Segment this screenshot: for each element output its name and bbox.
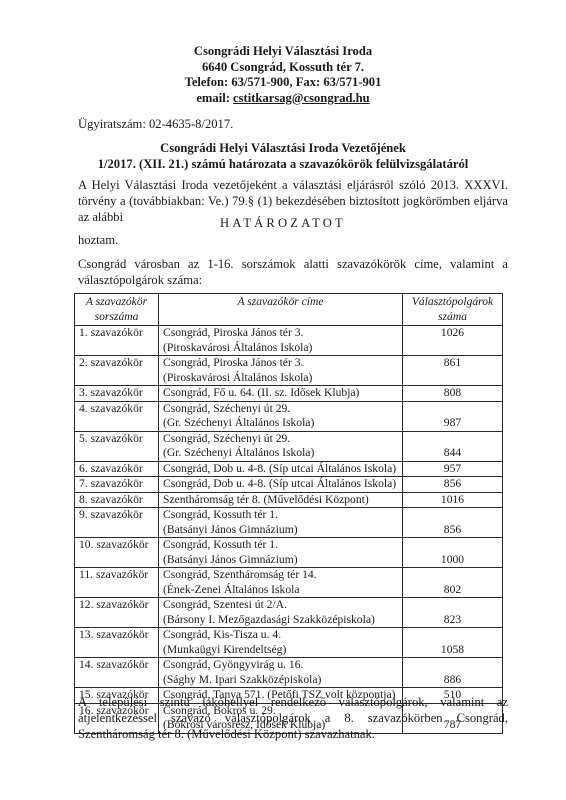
precinct-number: 7. szavazókör (75, 477, 159, 493)
table-header-row: A szavazókör sorszáma A szavazókör címe … (75, 294, 503, 326)
precinct-number: 10. szavazókör (75, 538, 159, 568)
table-row: 2. szavazókörCsongrád, Piroska János tér… (75, 356, 503, 386)
precinct-address: Csongrád, Kis-Tisza u. 4.(Munkaügyi Kire… (159, 628, 403, 658)
address-line: Csongrád, Széchenyi út 29. (163, 432, 398, 447)
precinct-number: 1. szavazókör (75, 326, 159, 356)
building-line: (Batsányi János Gimnázium) (163, 523, 398, 538)
building-line: (Ének-Zenei Általános Iskola (163, 583, 398, 598)
building-line: (Piroskavárosi Általános Iskola) (163, 371, 398, 386)
voter-count: 886 (403, 658, 503, 688)
precinct-number: 12. szavazókör (75, 598, 159, 628)
header-precinct: A szavazókör sorszáma (75, 294, 159, 326)
precinct-address: Csongrád, Széchenyi út 29.(Gr. Széchenyi… (159, 431, 403, 461)
precinct-address: Szentháromság tér 8. (Művelődési Központ… (159, 492, 403, 508)
precinct-address: Csongrád, Szentesi út 2/A.(Bársony I. Me… (159, 598, 403, 628)
closing-paragraph: A települési szintű lakóhellyel rendelke… (78, 694, 508, 742)
office-address: 6640 Csongrád, Kossuth tér 7. (0, 60, 566, 76)
office-name: Csongrádi Helyi Választási Iroda (0, 44, 566, 60)
address-line: Csongrád, Piroska János tér 3. (163, 356, 398, 371)
office-email: email: cstitkarsag@csongrad.hu (0, 91, 566, 107)
precinct-number: 9. szavazókör (75, 508, 159, 538)
address-line: Csongrád, Kis-Tisza u. 4. (163, 628, 398, 643)
building-line: (Bársony I. Mezőgazdasági Szakközépiskol… (163, 613, 398, 628)
precinct-address: Csongrád, Piroska János tér 3.(Piroskavá… (159, 356, 403, 386)
office-phone-fax: Telefon: 63/571-900, Fax: 63/571-901 (0, 75, 566, 91)
email-label: email: (196, 91, 233, 105)
precinct-number: 2. szavazókör (75, 356, 159, 386)
table-row: 7. szavazókörCsongrád, Dob u. 4-8. (Síp … (75, 477, 503, 493)
list-intro: Csongrád városban az 1-16. sorszámok ala… (78, 256, 508, 288)
table-row: 3. szavazókörCsongrád, Fő u. 64. (II. sz… (75, 386, 503, 402)
voter-count: 823 (403, 598, 503, 628)
precinct-address: Csongrád, Gyöngyvirág u. 16.(Sághy M. Ip… (159, 658, 403, 688)
precinct-number: 11. szavazókör (75, 568, 159, 598)
voter-count: 1058 (403, 628, 503, 658)
precinct-address: Csongrád, Kossuth tér 1.(Batsányi János … (159, 508, 403, 538)
table-row: 12. szavazókörCsongrád, Szentesi út 2/A.… (75, 598, 503, 628)
table-row: 9. szavazókörCsongrád, Kossuth tér 1.(Ba… (75, 508, 503, 538)
table-row: 6. szavazókörCsongrád, Dob u. 4-8. (Síp … (75, 461, 503, 477)
building-line: (Munkaügyi Kirendeltség) (163, 643, 398, 658)
address-line: Csongrád, Gyöngyvirág u. 16. (163, 658, 398, 673)
address-line: Szentháromság tér 8. (Művelődési Központ… (163, 493, 398, 508)
precinct-address: Csongrád, Szentháromság tér 14.(Ének-Zen… (159, 568, 403, 598)
table-row: 14. szavazókörCsongrád, Gyöngyvirág u. 1… (75, 658, 503, 688)
voter-count: 957 (403, 461, 503, 477)
decision-verb: hoztam. (78, 233, 118, 248)
document-title: Csongrádi Helyi Választási Iroda Vezetőj… (0, 140, 566, 172)
case-number: Ügyiratszám: 02-4635-8/2017. (78, 117, 233, 132)
building-line: (Gr. Széchenyi Általános Iskola) (163, 416, 398, 431)
voter-count: 802 (403, 568, 503, 598)
table-row: 5. szavazókörCsongrád, Széchenyi út 29.(… (75, 431, 503, 461)
decision-heading: HATÁROZATOT (0, 216, 566, 231)
header-address: A szavazókör címe (159, 294, 403, 326)
address-line: Csongrád, Kossuth tér 1. (163, 508, 398, 523)
building-line: (Gr. Széchenyi Általános Iskola) (163, 446, 398, 461)
title-line-1: Csongrádi Helyi Választási Iroda Vezetőj… (0, 140, 566, 156)
building-line: (Sághy M. Ipari Szakközépiskola) (163, 673, 398, 688)
precincts-table: A szavazókör sorszáma A szavazókör címe … (74, 293, 503, 734)
precinct-address: Csongrád, Fő u. 64. (II. sz. Idősek Klub… (159, 386, 403, 402)
letterhead: Csongrádi Helyi Választási Iroda 6640 Cs… (0, 44, 566, 106)
precinct-number: 8. szavazókör (75, 492, 159, 508)
address-line: Csongrád, Dob u. 4-8. (Síp utcai Általán… (163, 477, 398, 492)
voter-count: 1026 (403, 326, 503, 356)
precinct-address: Csongrád, Kossuth tér 1.(Batsányi János … (159, 538, 403, 568)
address-line: Csongrád, Dob u. 4-8. (Síp utcai Általán… (163, 462, 398, 477)
voter-count: 808 (403, 386, 503, 402)
precinct-number: 5. szavazókör (75, 431, 159, 461)
header-voters: Választópolgárok száma (403, 294, 503, 326)
precinct-number: 6. szavazókör (75, 461, 159, 477)
table-row: 4. szavazókörCsongrád, Széchenyi út 29.(… (75, 401, 503, 431)
voter-count: 844 (403, 431, 503, 461)
building-line: (Piroskavárosi Általános Iskola) (163, 341, 398, 356)
address-line: Csongrád, Fő u. 64. (II. sz. Idősek Klub… (163, 386, 398, 401)
precinct-address: Csongrád, Dob u. 4-8. (Síp utcai Általán… (159, 477, 403, 493)
address-line: Csongrád, Széchenyi út 29. (163, 402, 398, 417)
list-intro-line-2: választópolgárok száma: (78, 273, 202, 287)
precinct-address: Csongrád, Piroska János tér 3.(Piroskavá… (159, 326, 403, 356)
address-line: Csongrád, Szentháromság tér 14. (163, 568, 398, 583)
list-intro-line-1: Csongrád városban az 1-16. sorszámok ala… (78, 256, 508, 272)
voter-count: 861 (403, 356, 503, 386)
precinct-number: 3. szavazókör (75, 386, 159, 402)
voter-count: 856 (403, 477, 503, 493)
building-line: (Batsányi János Gimnázium) (163, 553, 398, 568)
address-line: Csongrád, Kossuth tér 1. (163, 538, 398, 553)
voter-count: 987 (403, 401, 503, 431)
table-row: 8. szavazókörSzentháromság tér 8. (Művel… (75, 492, 503, 508)
table-row: 1. szavazókörCsongrád, Piroska János tér… (75, 326, 503, 356)
table-row: 10. szavazókörCsongrád, Kossuth tér 1.(B… (75, 538, 503, 568)
address-line: Csongrád, Szentesi út 2/A. (163, 598, 398, 613)
voter-count: 856 (403, 508, 503, 538)
precinct-number: 14. szavazókör (75, 658, 159, 688)
table-row: 11. szavazókörCsongrád, Szentháromság té… (75, 568, 503, 598)
voter-count: 1016 (403, 492, 503, 508)
title-line-2: 1/2017. (XII. 21.) számú határozata a sz… (0, 156, 566, 172)
table-row: 13. szavazókörCsongrád, Kis-Tisza u. 4.(… (75, 628, 503, 658)
precinct-address: Csongrád, Széchenyi út 29.(Gr. Széchenyi… (159, 401, 403, 431)
voter-count: 1000 (403, 538, 503, 568)
precinct-number: 4. szavazókör (75, 401, 159, 431)
precinct-number: 13. szavazókör (75, 628, 159, 658)
address-line: Csongrád, Piroska János tér 3. (163, 326, 398, 341)
email-link[interactable]: cstitkarsag@csongrad.hu (233, 91, 370, 105)
precinct-address: Csongrád, Dob u. 4-8. (Síp utcai Általán… (159, 461, 403, 477)
